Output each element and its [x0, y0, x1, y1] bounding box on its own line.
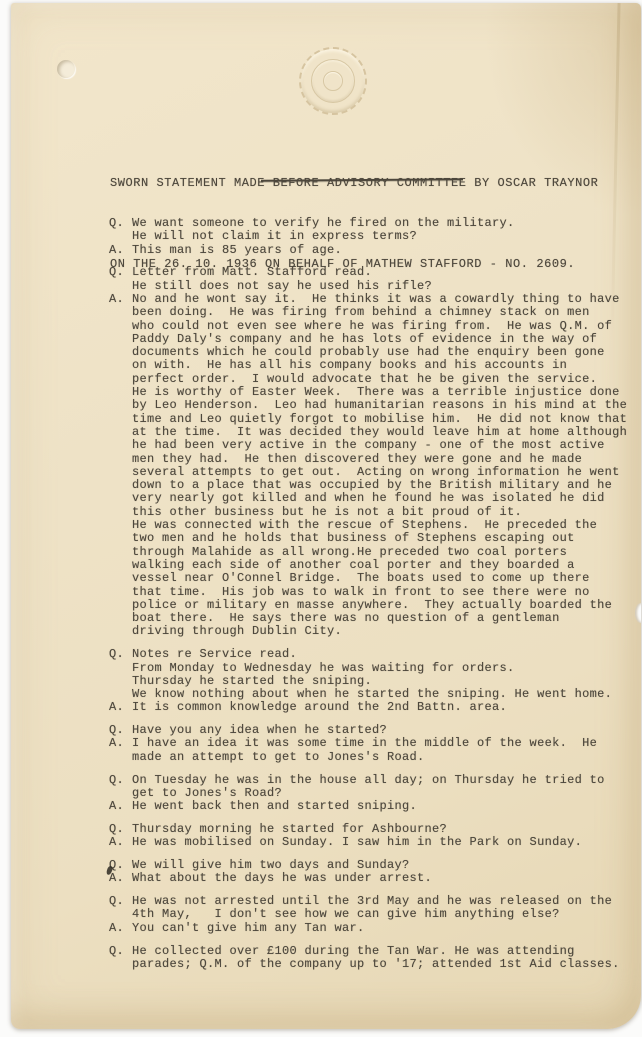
qa-text: on with. He has all his company books an…	[132, 358, 567, 372]
qa-text: police or military en masse anywhere. Th…	[132, 598, 612, 612]
qa-text: get to Jones's Road?	[132, 786, 282, 800]
qa-text: at the time. It was decided they would l…	[132, 425, 627, 439]
qa-line: Q.On Tuesday he was in the house all day…	[109, 774, 641, 787]
qa-block: Q.Thursday morning he started for Ashbou…	[109, 823, 641, 850]
qa-text: men they had. He then discovered they we…	[132, 452, 582, 466]
qa-line: vessel near O'Connel Bridge. The boats u…	[109, 572, 641, 585]
punch-hole	[57, 60, 75, 78]
qa-line: very nearly got killed and when he found…	[109, 492, 641, 505]
qa-speaker-label: Q.	[109, 895, 132, 908]
qa-speaker-label: A.	[109, 701, 132, 714]
qa-text: On Tuesday he was in the house all day; …	[132, 773, 605, 787]
qa-line: boat there. He says there was no questio…	[109, 612, 641, 625]
qa-line: time and Leo quietly forgot to mobilise …	[109, 413, 641, 426]
qa-text: We want someone to verify he fired on th…	[132, 216, 515, 230]
qa-line: Thursday he started the sniping.	[109, 675, 641, 688]
qa-text: He was not arrested until the 3rd May an…	[132, 894, 612, 908]
qa-text: by Leo Henderson. Leo had humanitarian r…	[132, 398, 627, 412]
qa-text: You can't give him any Tan war.	[132, 921, 365, 935]
qa-line: Q.We will give him two days and Sunday?	[109, 859, 641, 872]
qa-block: Q.Letter from Matt. Stafford read.He sti…	[109, 266, 641, 638]
qa-line: Q.Letter from Matt. Stafford read.	[109, 266, 641, 279]
embossed-seal-icon	[299, 47, 367, 115]
qa-line: parades; Q.M. of the company up to '17; …	[109, 958, 641, 971]
qa-line: through Malahide as all wrong.He precede…	[109, 546, 641, 559]
qa-line: perfect order. I would advocate that he …	[109, 373, 641, 386]
qa-speaker-label: A.	[109, 922, 132, 935]
qa-text: driving through Dublin City.	[132, 624, 342, 638]
qa-text: He was connected with the rescue of Step…	[132, 518, 597, 532]
qa-text: He is worthy of Easter Week. There was a…	[132, 385, 620, 399]
qa-text: been doing. He was firing from behind a …	[132, 305, 590, 319]
qa-speaker-label: A.	[109, 293, 132, 306]
qa-text: he had been very active in the company -…	[132, 438, 605, 452]
qa-speaker-label: Q.	[109, 648, 132, 661]
qa-line: A.He was mobilised on Sunday. I saw him …	[109, 836, 641, 849]
qa-block: Q.Have you any idea when he started?A.I …	[109, 724, 641, 764]
qa-line: A.What about the days he was under arres…	[109, 872, 641, 885]
qa-text: down to a place that was occupied by the…	[132, 478, 612, 492]
qa-speaker-label: A.	[109, 872, 132, 885]
qa-block: Q.He was not arrested until the 3rd May …	[109, 895, 641, 935]
qa-line: He was connected with the rescue of Step…	[109, 519, 641, 532]
qa-speaker-label: A.	[109, 836, 132, 849]
qa-block: Q.On Tuesday he was in the house all day…	[109, 774, 641, 814]
qa-line: A.I have an idea it was some time in the…	[109, 737, 641, 750]
qa-block: Q.He collected over £100 during the Tan …	[109, 945, 641, 972]
qa-line: by Leo Henderson. Leo had humanitarian r…	[109, 399, 641, 412]
qa-text: 4th May, I don't see how we can give him…	[132, 907, 560, 921]
qa-text: that time. His job was to walk in front …	[132, 585, 590, 599]
qa-text: very nearly got killed and when he found…	[132, 491, 605, 505]
qa-text: parades; Q.M. of the company up to '17; …	[132, 957, 620, 971]
qa-line: Q.He collected over £100 during the Tan …	[109, 945, 641, 958]
qa-speaker-label: Q.	[109, 724, 132, 737]
qa-line: two men and he holds that business of St…	[109, 532, 641, 545]
qa-text: From Monday to Wednesday he was waiting …	[132, 661, 515, 675]
qa-line: A.This man is 85 years of age.	[109, 244, 641, 257]
qa-text: Thursday morning he started for Ashbourn…	[132, 822, 447, 836]
qa-block: Q.Notes re Service read.From Monday to W…	[109, 648, 641, 714]
qa-line: Q.Thursday morning he started for Ashbou…	[109, 823, 641, 836]
qa-line: who could not even see where he was firi…	[109, 320, 641, 333]
qa-line: at the time. It was decided they would l…	[109, 426, 641, 439]
qa-line: Q.Have you any idea when he started?	[109, 724, 641, 737]
qa-text: I have an idea it was some time in the m…	[132, 736, 597, 750]
qa-speaker-label: Q.	[109, 859, 132, 872]
qa-line: several attempts to get out. Acting on w…	[109, 466, 641, 479]
qa-line: A.You can't give him any Tan war.	[109, 922, 641, 935]
qa-speaker-label: A.	[109, 800, 132, 813]
qa-text: We know nothing about when he started th…	[132, 687, 612, 701]
qa-text: He collected over £100 during the Tan Wa…	[132, 944, 575, 958]
qa-line: Q.He was not arrested until the 3rd May …	[109, 895, 641, 908]
qa-text: No and he wont say it. He thinks it was …	[132, 292, 620, 306]
qa-speaker-label: Q.	[109, 945, 132, 958]
qa-text: Letter from Matt. Stafford read.	[132, 265, 372, 279]
qa-text: time and Leo quietly forgot to mobilise …	[132, 412, 627, 426]
qa-line: A.It is common knowledge around the 2nd …	[109, 701, 641, 714]
qa-text: through Malahide as all wrong.He precede…	[132, 545, 567, 559]
qa-line: A.He went back then and started sniping.	[109, 800, 641, 813]
qa-line: He will not claim it in express terms?	[109, 230, 641, 243]
qa-line: made an attempt to get to Jones's Road.	[109, 751, 641, 764]
qa-text: who could not even see where he was firi…	[132, 319, 612, 333]
qa-block: Q.We want someone to verify he fired on …	[109, 217, 641, 257]
qa-line: documents which he could probably use ha…	[109, 346, 641, 359]
qa-text: boat there. He says there was no questio…	[132, 611, 560, 625]
qa-line: he had been very active in the company -…	[109, 439, 641, 452]
qa-line: driving through Dublin City.	[109, 625, 641, 638]
qa-text: What about the days he was under arrest.	[132, 871, 432, 885]
qa-block: Q.We will give him two days and Sunday?A…	[109, 859, 641, 886]
qa-text: He will not claim it in express terms?	[132, 229, 417, 243]
qa-line: that time. His job was to walk in front …	[109, 586, 641, 599]
qa-text: made an attempt to get to Jones's Road.	[132, 750, 425, 764]
qa-section: Q.We want someone to verify he fired on …	[109, 217, 641, 981]
qa-text: perfect order. I would advocate that he …	[132, 372, 597, 386]
qa-text: several attempts to get out. Acting on w…	[132, 465, 620, 479]
scan-background: { "document": { "title_lines": [ "SWORN …	[0, 0, 642, 1037]
qa-text: He still does not say he used his rifle?	[132, 279, 432, 293]
qa-text: Paddy Daly's company and he has lots of …	[132, 332, 597, 346]
qa-text: Notes re Service read.	[132, 647, 297, 661]
qa-line: Q.We want someone to verify he fired on …	[109, 217, 641, 230]
qa-line: police or military en masse anywhere. Th…	[109, 599, 641, 612]
qa-speaker-label: A.	[109, 244, 132, 257]
qa-text: Thursday he started the sniping.	[132, 674, 372, 688]
qa-line: men they had. He then discovered they we…	[109, 453, 641, 466]
qa-line: Paddy Daly's company and he has lots of …	[109, 333, 641, 346]
qa-text: This man is 85 years of age.	[132, 243, 342, 257]
qa-speaker-label: Q.	[109, 266, 132, 279]
embossed-seal-ring	[311, 59, 355, 103]
qa-line: From Monday to Wednesday he was waiting …	[109, 662, 641, 675]
qa-speaker-label: Q.	[109, 823, 132, 836]
qa-text: He was mobilised on Sunday. I saw him in…	[132, 835, 582, 849]
qa-text: walking each side of another coal porter…	[132, 558, 575, 572]
qa-line: down to a place that was occupied by the…	[109, 479, 641, 492]
qa-line: on with. He has all his company books an…	[109, 359, 641, 372]
embossed-seal-center	[323, 71, 343, 91]
qa-speaker-label: Q.	[109, 774, 132, 787]
qa-line: been doing. He was firing from behind a …	[109, 306, 641, 319]
qa-speaker-label: Q.	[109, 217, 132, 230]
qa-text: this other business but he is not a bit …	[132, 505, 522, 519]
qa-text: It is common knowledge around the 2nd Ba…	[132, 700, 507, 714]
title-line-1: SWORN STATEMENT MADE BEFORE ADVISORY COM…	[110, 170, 615, 197]
qa-line: Q.Notes re Service read.	[109, 648, 641, 661]
qa-line: He is worthy of Easter Week. There was a…	[109, 386, 641, 399]
qa-speaker-label: A.	[109, 737, 132, 750]
qa-text: We will give him two days and Sunday?	[132, 858, 410, 872]
qa-line: A.No and he wont say it. He thinks it wa…	[109, 293, 641, 306]
qa-line: get to Jones's Road?	[109, 787, 641, 800]
qa-text: He went back then and started sniping.	[132, 799, 417, 813]
qa-text: two men and he holds that business of St…	[132, 531, 575, 545]
qa-line: this other business but he is not a bit …	[109, 506, 641, 519]
document-page: SWORN STATEMENT MADE BEFORE ADVISORY COM…	[11, 3, 641, 1029]
qa-text: vessel near O'Connel Bridge. The boats u…	[132, 571, 590, 585]
qa-line: 4th May, I don't see how we can give him…	[109, 908, 641, 921]
qa-line: He still does not say he used his rifle?	[109, 280, 641, 293]
qa-line: We know nothing about when he started th…	[109, 688, 641, 701]
qa-text: documents which he could probably use ha…	[132, 345, 605, 359]
qa-line: walking each side of another coal porter…	[109, 559, 641, 572]
qa-text: Have you any idea when he started?	[132, 723, 387, 737]
